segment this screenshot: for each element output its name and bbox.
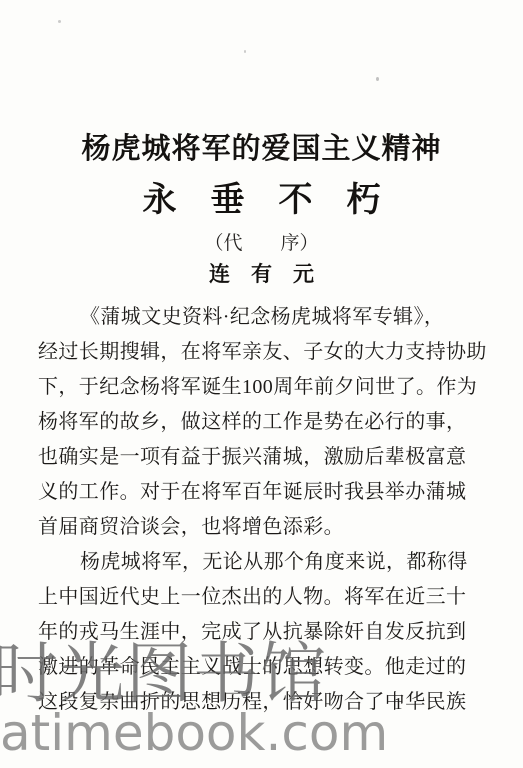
body-line: 年的戎马生涯中，完成了从抗暴除奸自发反抗到 [38, 615, 498, 650]
scan-speck [58, 20, 61, 23]
body-line: 这段复杂曲折的思想历程，恰好吻合了中华民族 [38, 685, 498, 720]
body-line: 《蒲城文史资料·纪念杨虎城将军专辑》， [38, 300, 498, 335]
author-name: 连 有 元 [0, 258, 523, 288]
body-line: 经过长期搜辑，在将军亲友、子女的大力支持协助 [38, 335, 498, 370]
body-line: 杨虎城将军，无论从那个角度来说，都称得 [38, 545, 498, 580]
body-line: 也确实是一项有益于振兴蒲城，激励后辈极富意 [38, 440, 498, 475]
scan-speck [376, 77, 379, 81]
page-number: 1 [394, 694, 403, 714]
page-title-line1: 杨虎城将军的爱国主义精神 [0, 126, 523, 167]
body-line: 激进的革命民主主义战士的思想转变。他走过的 [38, 650, 498, 685]
page-title-line2: 永 垂 不 朽 [0, 172, 523, 221]
body-line: 首届商贸洽谈会，也将增色添彩。 [38, 510, 498, 545]
scanned-book-page: 杨虎城将军的爱国主义精神 永 垂 不 朽 （代 序） 连 有 元 《蒲城文史资料… [0, 0, 523, 768]
body-line: 下，于纪念杨将军诞生100周年前夕问世了。作为 [38, 370, 498, 405]
body-line: 杨将军的故乡，做这样的工作是势在必行的事， [38, 405, 498, 440]
body-line: 上中国近代史上一位杰出的人物。将军在近三十 [38, 580, 498, 615]
body-text: 《蒲城文史资料·纪念杨虎城将军专辑》，经过长期搜辑，在将军亲友、子女的大力支持协… [38, 300, 498, 720]
page-subtitle: （代 序） [0, 228, 523, 255]
scan-speck [244, 50, 246, 53]
body-line: 义的工作。对于在将军百年诞辰时我县举办蒲城 [38, 475, 498, 510]
